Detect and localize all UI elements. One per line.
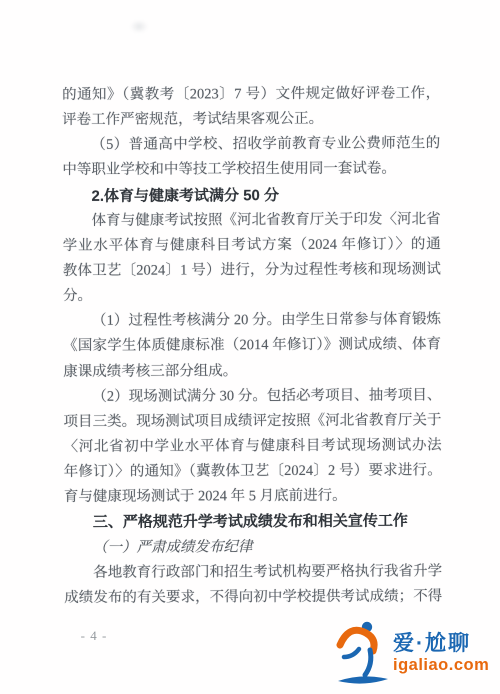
text-line: 三、严格规范升学考试成绩发布和相关宣传工作 — [64, 509, 442, 536]
text-line: 分。 — [63, 282, 441, 309]
text-line: 教体卫艺〔2024〕1 号）进行，分为过程性考核和现场测试两部 — [63, 257, 441, 284]
scan-artifact — [130, 20, 148, 33]
text-line: （2）现场测试满分 30 分。包括必考项目、抽考项目、选考 — [63, 383, 441, 410]
text-line: 的通知》（冀教考〔2023〕7 号）文件规定做好评卷工作，确保 — [62, 81, 440, 108]
document-body: 的通知》（冀教考〔2023〕7 号）文件规定做好评卷工作，确保评卷工作严密规范，… — [62, 81, 442, 611]
text-line: 年修订）〉的通知》（冀教体卫艺〔2024〕2 号）要求进行。体 — [64, 458, 442, 485]
page-number: - 4 - — [64, 628, 124, 644]
text-line: 康课成绩考核三部分组成。 — [63, 358, 441, 385]
text-line: 中等职业学校和中等技工学校招生使用同一套试卷。 — [62, 157, 440, 184]
text-line: 学业水平体育与健康科目考试方案（2024 年修订）〉的通知》（冀 — [63, 232, 441, 259]
watermark-logo: 爱·尬聊 igaliao.com — [336, 613, 500, 693]
watermark-brand-name: 爱·尬聊 — [393, 631, 489, 656]
text-line: 育与健康现场测试于 2024 年 5 月底前进行。 — [64, 484, 442, 511]
text-line: 〈河北省初中学业水平体育与健康科目考试现场测试办法（2024 — [64, 433, 442, 460]
text-line: 项目三类。现场测试项目成绩评定按照《河北省教育厅关于印发 — [63, 408, 441, 435]
text-line: 《国家学生体质健康标准（2014 年修订）》测试成绩、体育与健 — [63, 333, 441, 360]
watermark-brand-url: igaliao.com — [393, 656, 489, 675]
text-line: 各地教育行政部门和招生考试机构要严格执行我省升学考试 — [64, 559, 442, 586]
text-line: 成绩发布的有关要求，不得向初中学校提供考试成绩；不得向初 — [64, 584, 442, 611]
text-line: （一）严肃成绩发布纪律 — [64, 534, 442, 561]
watermark-text: 爱·尬聊 igaliao.com — [393, 631, 489, 675]
runner-icon — [336, 617, 390, 689]
scanned-document-page: 的通知》（冀教考〔2023〕7 号）文件规定做好评卷工作，确保评卷工作严密规范，… — [0, 0, 500, 694]
text-line: 2.体育与健康考试满分 50 分 — [62, 182, 440, 209]
text-line: （5）普通高中学校、招收学前教育专业公费师范生的院校、 — [62, 132, 440, 159]
text-line: 评卷工作严密规范，考试结果客观公正。 — [62, 106, 440, 133]
text-line: （1）过程性考核满分 20 分。由学生日常参与体育锻炼情况、 — [63, 308, 441, 335]
text-line: 体育与健康考试按照《河北省教育厅关于印发〈河北省初中 — [63, 207, 441, 234]
